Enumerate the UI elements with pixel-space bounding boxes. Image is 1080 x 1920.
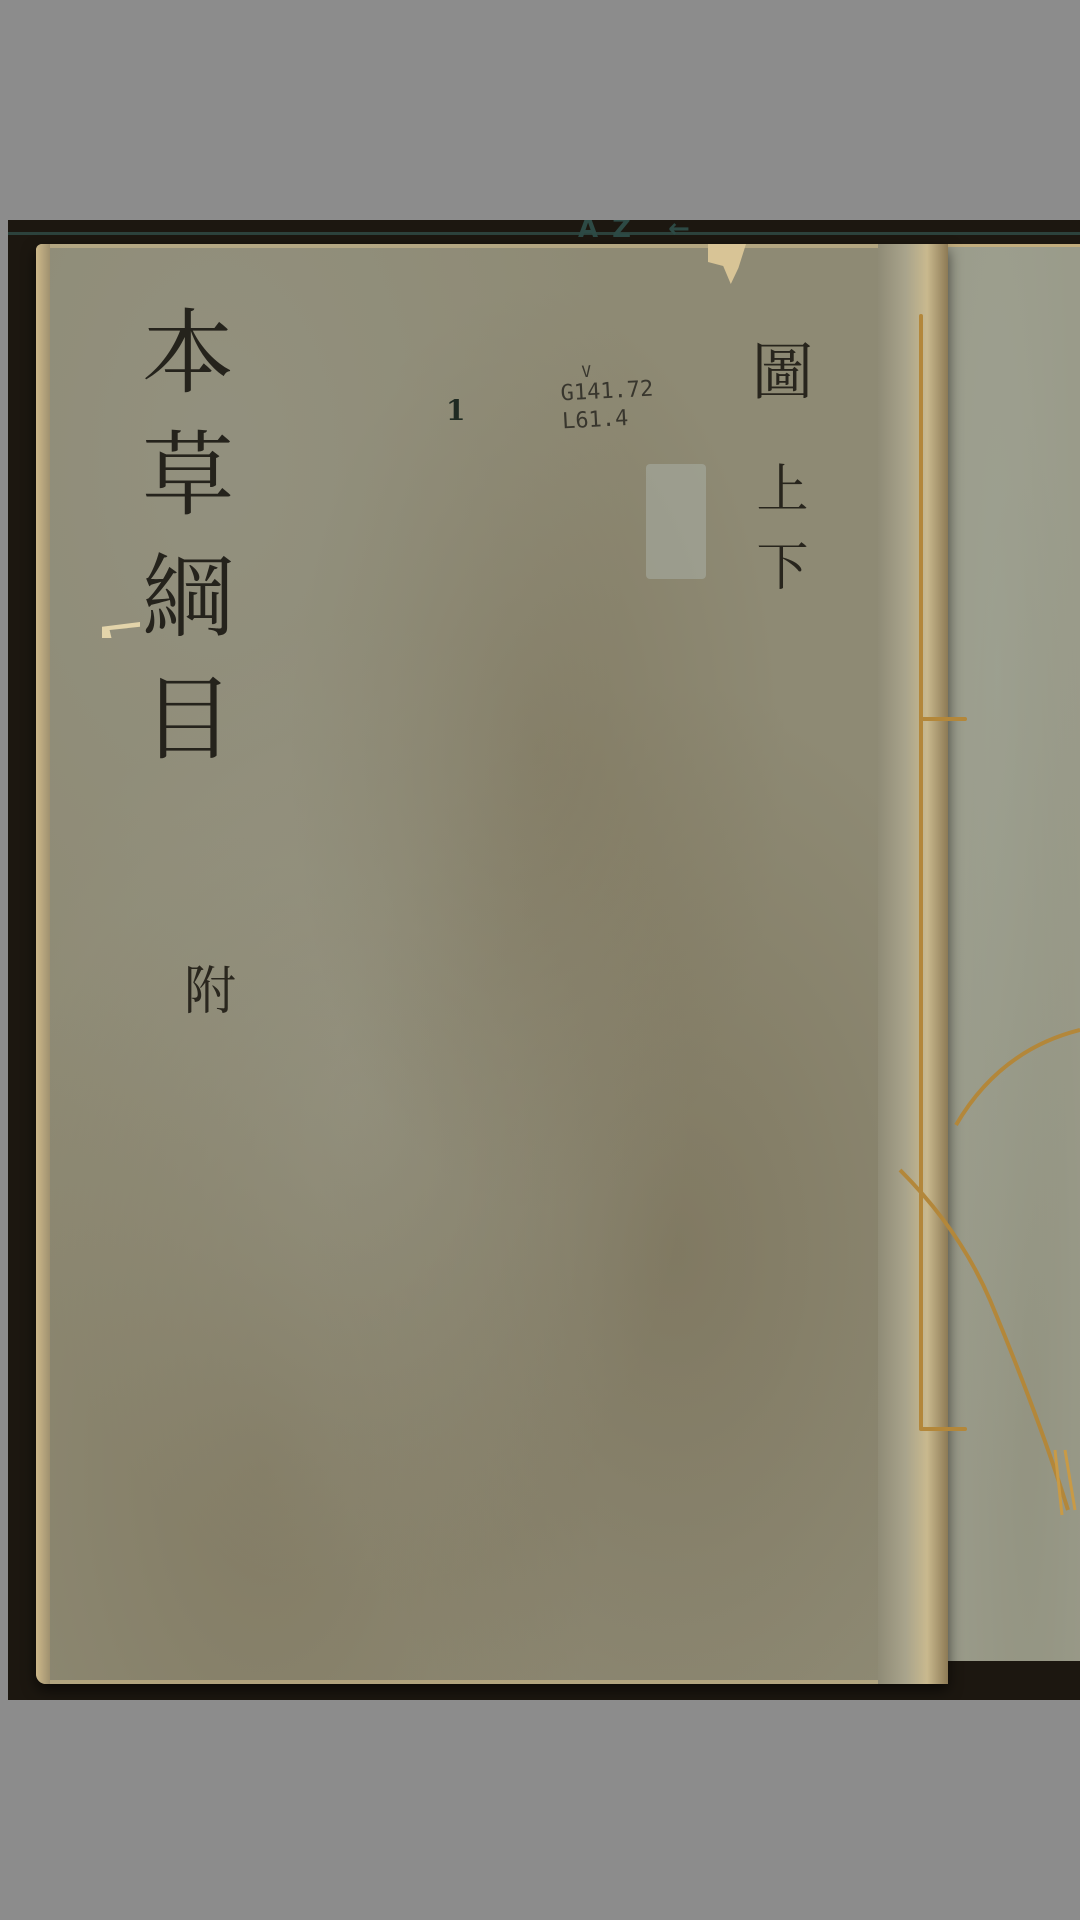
backdrop-guide-line bbox=[8, 232, 1080, 235]
cover-tear bbox=[708, 244, 746, 284]
binding-thread bbox=[919, 314, 923, 1429]
right-column-inscription: 圖上下 bbox=[752, 339, 822, 617]
book-cover: 本草綱目 附 圖上下 1 V G141.72 L61.4 bbox=[36, 244, 948, 1684]
cover-left-edge bbox=[36, 244, 50, 1684]
worn-label-patch bbox=[646, 464, 706, 579]
backdrop-marks: AZ ← bbox=[578, 220, 704, 244]
book-spine bbox=[878, 244, 948, 1684]
image-viewer: AZ ← 本草綱目 附 圖上下 1 V G141.72 L61.4 bbox=[0, 0, 1080, 1920]
illustration-label: 圖 bbox=[741, 339, 814, 401]
book-title: 本草綱目 bbox=[124, 304, 244, 792]
binding-stitch-upper bbox=[919, 717, 967, 721]
call-number-line-2: L61.4 bbox=[561, 404, 655, 437]
library-call-number-stamp: V G141.72 L61.4 bbox=[559, 362, 655, 437]
book-photograph: AZ ← 本草綱目 附 圖上下 1 V G141.72 L61.4 bbox=[8, 220, 1080, 1700]
appendix-character: 附 bbox=[184, 949, 236, 1024]
volume-label: 上下 bbox=[747, 461, 807, 617]
binding-stitch-lower bbox=[919, 1427, 967, 1431]
volume-number-stamp: 1 bbox=[446, 394, 465, 427]
call-number-line-1: G141.72 bbox=[560, 376, 654, 409]
adjacent-book-page bbox=[933, 244, 1080, 1661]
